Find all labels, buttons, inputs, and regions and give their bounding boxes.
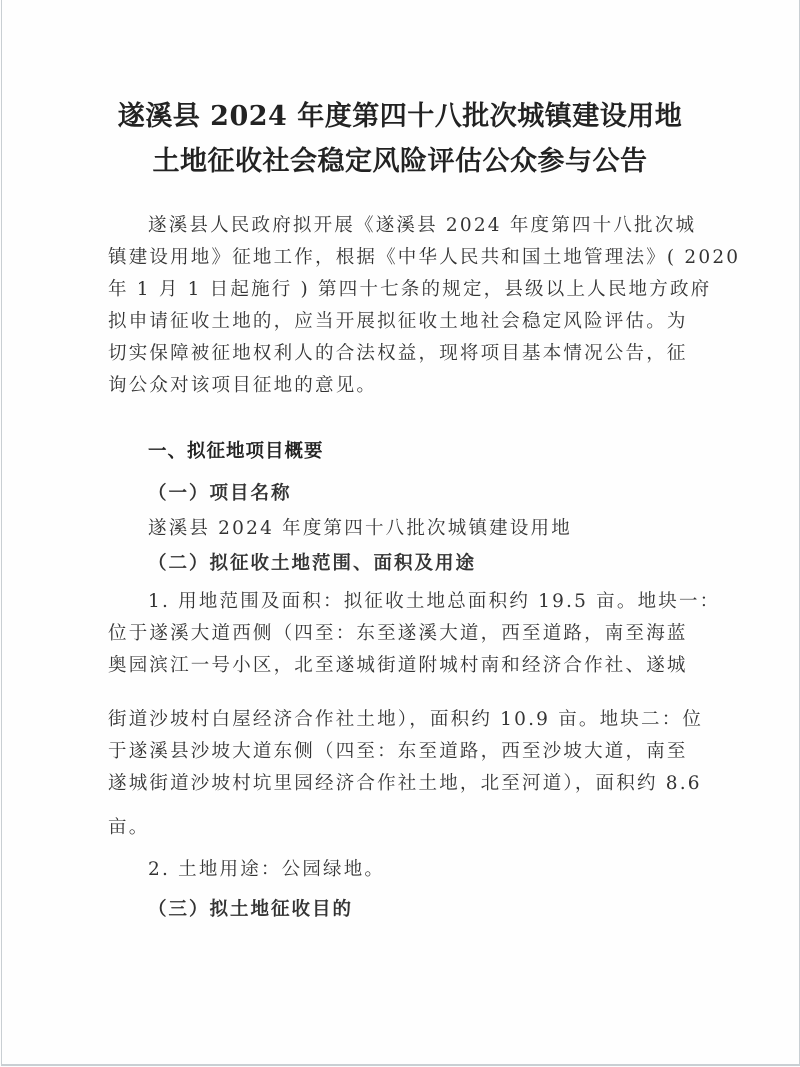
- intro-line: 询公众对该项目征地的意见。: [108, 374, 700, 398]
- land-scope-line: 1. 用地范围及面积：拟征收土地总面积约 19.5 亩。地块一：: [148, 590, 740, 614]
- land-scope-line: 遂城街道沙坡村坑里园经济合作社土地，北至河道），面积约 8.6: [108, 772, 700, 796]
- subsection-2-heading: （二）拟征收土地范围、面积及用途: [148, 552, 740, 576]
- intro-line: 镇建设用地》征地工作，根据《中华人民共和国土地管理法》( 2020: [108, 246, 700, 270]
- land-scope-line: 位于遂溪大道西侧（四至：东至遂溪大道，西至道路，南至海蓝: [108, 622, 700, 646]
- project-name-text: 遂溪县 2024 年度第四十八批次城镇建设用地: [148, 517, 740, 541]
- intro-line: 拟申请征收土地的，应当开展拟征收土地社会稳定风险评估。为: [108, 310, 700, 334]
- land-scope-line: 于遂溪县沙坡大道东侧（四至：东至道路，西至沙坡大道，南至: [108, 740, 700, 764]
- land-scope-line: 奥园滨江一号小区，北至遂城街道附城村南和经济合作社、遂城: [108, 654, 700, 678]
- intro-line: 切实保障被征地权利人的合法权益，现将项目基本情况公告，征: [108, 342, 700, 366]
- land-use-text: 2. 土地用途：公园绿地。: [148, 858, 740, 882]
- subsection-1-heading: （一）项目名称: [148, 482, 740, 506]
- document-title-line-2: 土地征收社会稳定风险评估公众参与公告: [0, 139, 800, 178]
- intro-line: 遂溪县人民政府拟开展《遂溪县 2024 年度第四十八批次城: [148, 214, 740, 238]
- intro-line: 年 1 月 1 日起施行 ) 第四十七条的规定，县级以上人民地方政府: [108, 278, 700, 302]
- section-1-heading: 一、拟征地项目概要: [148, 440, 740, 464]
- land-scope-line: 街道沙坡村白屋经济合作社土地），面积约 10.9 亩。地块二：位: [108, 708, 700, 732]
- document-title-line-1: 遂溪县 2024 年度第四十八批次城镇建设用地: [0, 94, 800, 133]
- subsection-3-heading: （三）拟土地征收目的: [148, 898, 740, 922]
- land-scope-line: 亩。: [108, 816, 700, 840]
